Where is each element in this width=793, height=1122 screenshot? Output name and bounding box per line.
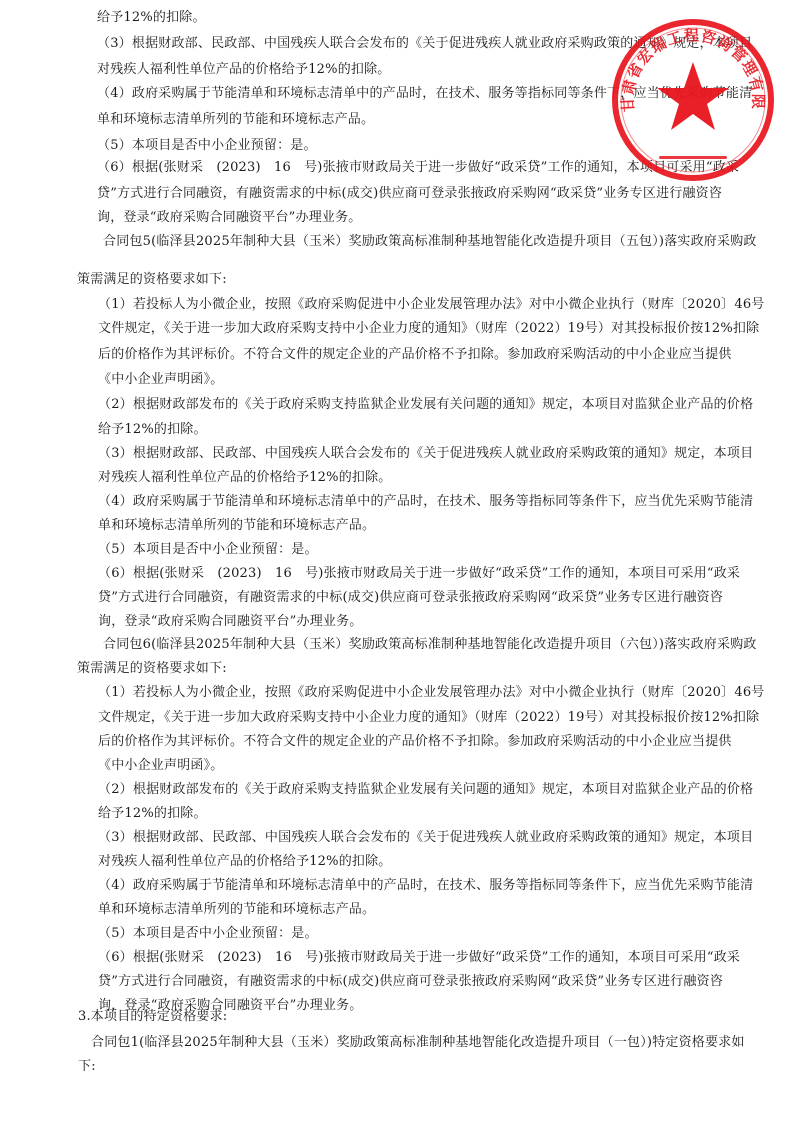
text-line: （4）政府采购属于节能清单和环境标志清单中的产品时，在技术、服务等指标同等条件下… — [97, 86, 752, 102]
text-line: 后的价格作为其评标价。不符合文件的规定企业的产品价格不予扣除。参加政府采购活动的… — [98, 734, 732, 750]
text-line: （1）若投标人为小微企业，按照《政府采购促进中小企业发展管理办法》对中小微企业执… — [98, 297, 765, 313]
text-line: （3）根据财政部、民政部、中国残疾人联合会发布的《关于促进残疾人就业政府采购政策… — [98, 830, 753, 846]
text-line: （6）根据(张财采 (2023) 16 号)张掖市财政局关于进一步做好“政采贷”… — [98, 950, 740, 966]
text-line: 对残疾人福利性单位产品的价格给予12%的扣除。 — [97, 62, 391, 78]
text-line: 贷”方式进行合同融资，有融资需求的中标(成交)供应商可登录张掖政府采购网“政采贷… — [97, 186, 722, 202]
text-line: 合同包6(临泽县2025年制种大县（玉米）奖励政策高标准制种基地智能化改造提升项… — [103, 637, 757, 653]
text-line: 《中小企业声明函》。 — [98, 372, 224, 388]
text-line: 贷”方式进行合同融资，有融资需求的中标(成交)供应商可登录张掖政府采购网“政采贷… — [98, 590, 723, 606]
text-line: 对残疾人福利性单位产品的价格给予12%的扣除。 — [98, 470, 392, 486]
text-line: 给予12%的扣除。 — [98, 806, 207, 822]
text-line: （3）根据财政部、民政部、中国残疾人联合会发布的《关于促进残疾人就业政府采购政策… — [98, 446, 753, 462]
text-line: 询，登录“政府采购合同融资平台”办理业务。 — [97, 210, 362, 226]
text-line: 下: — [78, 1059, 96, 1075]
text-line: 后的价格作为其评标价。不符合文件的规定企业的产品价格不予扣除。参加政府采购活动的… — [98, 347, 732, 363]
text-line: 给予12%的扣除。 — [98, 422, 207, 438]
text-line: （3）根据财政部、民政部、中国残疾人联合会发布的《关于促进残疾人就业政府采购政策… — [97, 36, 752, 52]
text-line: （2）根据财政部发布的《关于政府采购支持监狱企业发展有关问题的通知》规定，本项目… — [98, 397, 753, 413]
text-line: （6）根据(张财采 (2023) 16 号)张掖市财政局关于进一步做好“政采贷”… — [98, 566, 740, 582]
text-line: 《中小企业声明函》。 — [98, 758, 224, 774]
text-line: 单和环境标志清单所列的节能和环境标志产品。 — [97, 112, 374, 128]
text-line: 合同包5(临泽县2025年制种大县（玉米）奖励政策高标准制种基地智能化改造提升项… — [103, 234, 757, 250]
text-line: （6）根据(张财采 (2023) 16 号)张掖市财政局关于进一步做好“政采贷”… — [97, 160, 739, 176]
text-line: （2）根据财政部发布的《关于政府采购支持监狱企业发展有关问题的通知》规定，本项目… — [98, 782, 753, 798]
text-line: 单和环境标志清单所列的节能和环境标志产品。 — [98, 902, 375, 918]
text-line: 策需满足的资格要求如下: — [77, 661, 227, 677]
text-line: 3.本项目的特定资格要求: — [78, 1009, 227, 1025]
text-line: （4）政府采购属于节能清单和环境标志清单中的产品时，在技术、服务等指标同等条件下… — [98, 878, 753, 894]
text-line: 给予12%的扣除。 — [97, 10, 206, 26]
text-line: 贷”方式进行合同融资，有融资需求的中标(成交)供应商可登录张掖政府采购网“政采贷… — [98, 974, 723, 990]
text-line: （5）本项目是否中小企业预留：是。 — [98, 542, 318, 558]
text-line: 文件规定，《关于进一步加大政府采购支持中小企业力度的通知》（财库（2022）19… — [98, 321, 759, 337]
text-line: 合同包1(临泽县2025年制种大县（玉米）奖励政策高标准制种基地智能化改造提升项… — [91, 1035, 745, 1051]
text-line: 询，登录“政府采购合同融资平台”办理业务。 — [98, 614, 363, 630]
text-line: 策需满足的资格要求如下: — [77, 272, 227, 288]
text-line: （5）本项目是否中小企业预留：是。 — [97, 138, 317, 154]
text-line: 对残疾人福利性单位产品的价格给予12%的扣除。 — [98, 854, 392, 870]
text-line: （5）本项目是否中小企业预留：是。 — [98, 926, 318, 942]
text-line: 单和环境标志清单所列的节能和环境标志产品。 — [98, 518, 375, 534]
text-line: （4）政府采购属于节能清单和环境标志清单中的产品时，在技术、服务等指标同等条件下… — [98, 494, 753, 510]
text-line: 文件规定，《关于进一步加大政府采购支持中小企业力度的通知》（财库（2022）19… — [98, 710, 759, 726]
text-line: （1）若投标人为小微企业，按照《政府采购促进中小企业发展管理办法》对中小微企业执… — [98, 685, 765, 701]
